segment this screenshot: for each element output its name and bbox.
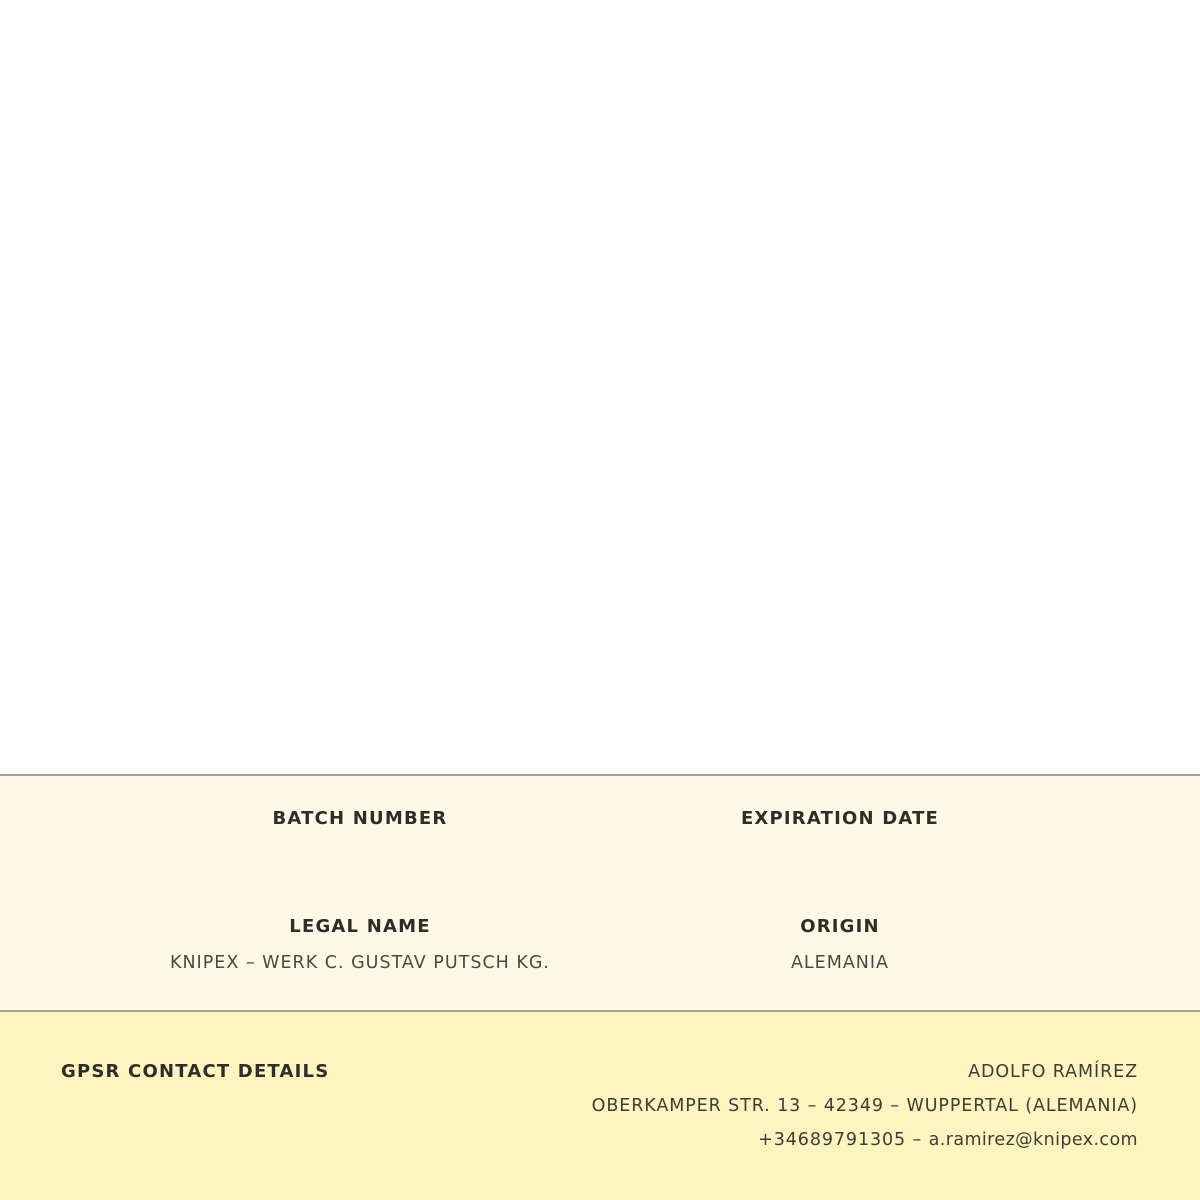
legal-name-value: KNIPEX – WERK C. GUSTAV PUTSCH KG.: [80, 952, 640, 974]
contact-separator: –: [906, 1130, 929, 1150]
batch-number-label: BATCH NUMBER: [80, 808, 640, 830]
contact-email[interactable]: a.ramirez@knipex.com: [929, 1130, 1138, 1150]
gpsr-contact-section: GPSR CONTACT DETAILS ADOLFO RAMÍREZ OBER…: [0, 1012, 1200, 1200]
contact-address: OBERKAMPER STR. 13 – 42349 – WUPPERTAL (…: [592, 1095, 1138, 1117]
gpsr-contact-details: ADOLFO RAMÍREZ OBERKAMPER STR. 13 – 4234…: [592, 1061, 1138, 1163]
legal-name-field: LEGAL NAME KNIPEX – WERK C. GUSTAV PUTSC…: [80, 916, 640, 974]
gpsr-contact-title: GPSR CONTACT DETAILS: [61, 1061, 329, 1083]
origin-label: ORIGIN: [560, 916, 1120, 938]
contact-phone-email-line: +34689791305 – a.ramirez@knipex.com: [592, 1129, 1138, 1151]
product-info-section: BATCH NUMBER EXPIRATION DATE LEGAL NAME …: [0, 776, 1200, 1010]
expiration-date-label: EXPIRATION DATE: [560, 808, 1120, 830]
contact-phone[interactable]: +34689791305: [758, 1130, 906, 1150]
legal-name-label: LEGAL NAME: [80, 916, 640, 938]
origin-value: ALEMANIA: [560, 952, 1120, 974]
expiration-date-field: EXPIRATION DATE: [560, 808, 1120, 844]
contact-name: ADOLFO RAMÍREZ: [592, 1061, 1138, 1083]
blank-product-image-area: [0, 0, 1200, 774]
origin-field: ORIGIN ALEMANIA: [560, 916, 1120, 974]
batch-number-field: BATCH NUMBER: [80, 808, 640, 844]
